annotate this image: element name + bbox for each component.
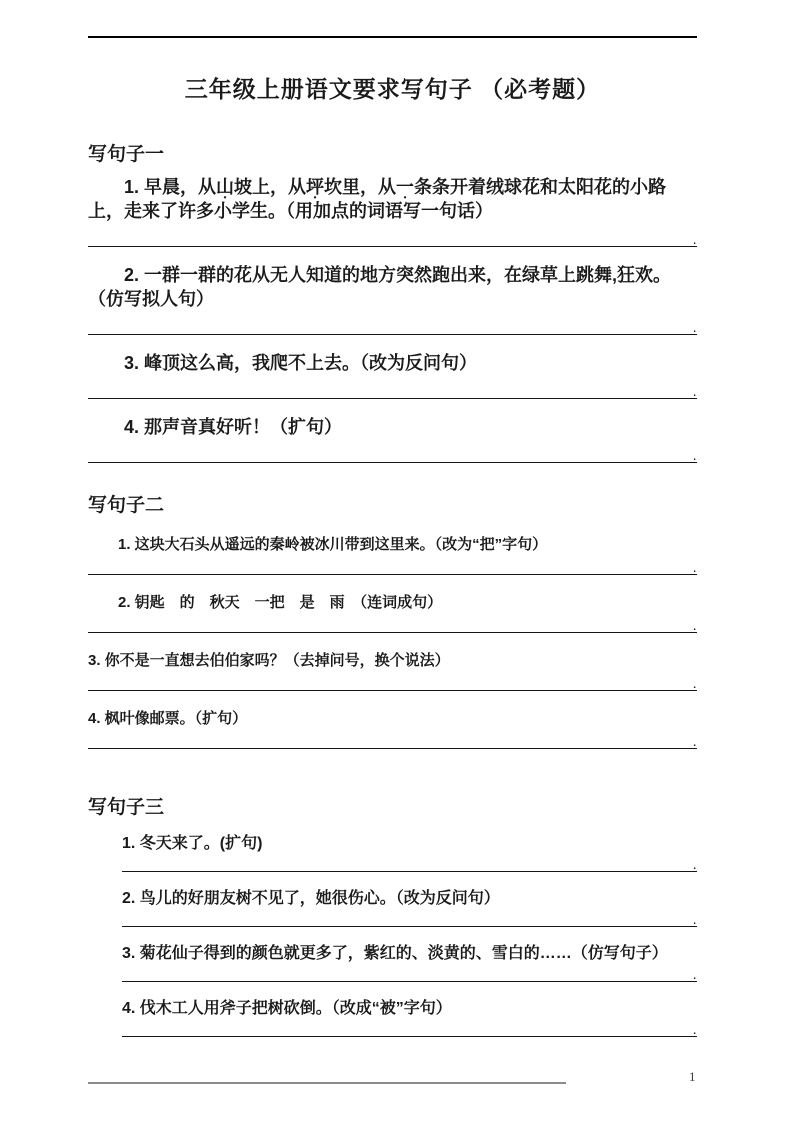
section-heading: 写句子三 xyxy=(88,797,697,819)
question-segment: 1. 冬天来了。(扩句) xyxy=(122,835,262,852)
question-text: 2. 一群一群的花从无人知道的地方突然跑出来，在绿草上跳舞,狂欢。（仿写拟人句） xyxy=(88,263,697,311)
dotted-char: 从 xyxy=(198,177,216,197)
question-text: 3. 菊花仙子得到的颜色就更多了，紫红的、淡黄的、雪白的……（仿写句子） xyxy=(122,943,697,965)
answer-line: . xyxy=(122,855,697,872)
header-rule xyxy=(88,36,697,38)
answer-line: . xyxy=(88,612,697,633)
answer-end-mark: . xyxy=(693,567,696,573)
answer-line: . xyxy=(88,311,697,335)
question-text: 4. 伐木工人用斧子把树砍倒。（改成“被”字句） xyxy=(122,998,697,1020)
answer-end-mark: . xyxy=(693,239,696,245)
answer-line: . xyxy=(88,439,697,463)
answer-line: . xyxy=(88,375,697,399)
answer-end-mark: . xyxy=(693,974,696,980)
answer-end-mark: . xyxy=(693,683,696,689)
question-segment: 2. 钥匙 的 秋天 一把 是 雨 （连词成句） xyxy=(118,594,442,611)
section-heading: 写句子二 xyxy=(88,495,697,517)
answer-line: . xyxy=(88,223,697,247)
question-segment: 1. 这块大石头从遥远的秦岭被冰川带到这里来。（改为“把”字句） xyxy=(118,536,547,553)
question-segment: 3. 你不是一直想去伯伯家吗？（去掉问号，换个说法） xyxy=(88,652,450,669)
answer-line: . xyxy=(122,965,697,982)
answer-end-mark: . xyxy=(693,455,696,461)
question-text: 2. 鸟儿的好朋友树不见了，她很伤心。（改为反问句） xyxy=(122,888,697,910)
question-segment: 2. 一群一群的花从无人知道的地方突然跑出来，在绿草上跳舞,狂欢。（仿写拟人句） xyxy=(88,265,671,309)
section-heading: 写句子一 xyxy=(88,144,697,166)
answer-end-mark: . xyxy=(693,919,696,925)
section: 写句子一 1. 早晨，从山坡上，从坪坎里，从一条条开着绒球花和太阳花的小路上，走… xyxy=(88,144,697,463)
question-segment: 4. 伐木工人用斧子把树砍倒。（改成“被”字句） xyxy=(122,1000,452,1017)
answer-end-mark: . xyxy=(693,1029,696,1035)
question-text: 1. 早晨，从山坡上，从坪坎里，从一条条开着绒球花和太阳花的小路上，走来了许多小… xyxy=(88,175,697,223)
question-text: 1. 这块大石头从遥远的秦岭被冰川带到这里来。（改为“把”字句） xyxy=(88,536,697,554)
answer-end-mark: . xyxy=(693,741,696,747)
question-segment: 2. 鸟儿的好朋友树不见了，她很伤心。（改为反问句） xyxy=(122,890,500,907)
question-segment: 4. 那声音真好听！（扩句） xyxy=(124,417,342,437)
question-text: 1. 冬天来了。(扩句) xyxy=(122,833,697,855)
dotted-char: 从 xyxy=(378,177,396,197)
question-text: 4. 那声音真好听！（扩句） xyxy=(88,415,697,439)
footer-rule xyxy=(88,1082,566,1084)
answer-line: . xyxy=(122,1020,697,1037)
section: 写句子二 1. 这块大石头从遥远的秦岭被冰川带到这里来。（改为“把”字句） . … xyxy=(88,495,697,749)
answer-line: . xyxy=(88,554,697,575)
answer-line: . xyxy=(122,910,697,927)
answer-end-mark: . xyxy=(693,391,696,397)
answer-end-mark: . xyxy=(693,327,696,333)
question-segment: 4. 枫叶像邮票。（扩句） xyxy=(88,710,247,727)
question-segment: 3. 菊花仙子得到的颜色就更多了，紫红的、淡黄的、雪白的……（仿写句子） xyxy=(122,945,668,962)
dotted-char: 从 xyxy=(288,177,306,197)
question-text: 3. 峰顶这么高，我爬不上去。（改为反问句） xyxy=(88,351,697,375)
question-segment: 3. 峰顶这么高，我爬不上去。（改为反问句） xyxy=(124,353,477,373)
answer-end-mark: . xyxy=(693,864,696,870)
section: 写句子三 1. 冬天来了。(扩句) . 2. 鸟儿的好朋友树不见了，她很伤心。（… xyxy=(88,797,697,1037)
answer-line: . xyxy=(88,728,697,749)
page-title: 三年级上册语文要求写句子 （必考题） xyxy=(88,74,697,104)
page-number: 1 xyxy=(689,1069,696,1085)
answer-end-mark: . xyxy=(693,625,696,631)
worksheet-page: 三年级上册语文要求写句子 （必考题） 写句子一 1. 早晨，从山坡上，从坪坎里，… xyxy=(0,0,793,1122)
sections-container: 写句子一 1. 早晨，从山坡上，从坪坎里，从一条条开着绒球花和太阳花的小路上，走… xyxy=(88,144,697,1037)
question-text: 2. 钥匙 的 秋天 一把 是 雨 （连词成句） xyxy=(88,594,697,612)
answer-line: . xyxy=(88,670,697,691)
question-text: 3. 你不是一直想去伯伯家吗？（去掉问号，换个说法） xyxy=(88,652,697,670)
question-text: 4. 枫叶像邮票。（扩句） xyxy=(88,710,697,728)
